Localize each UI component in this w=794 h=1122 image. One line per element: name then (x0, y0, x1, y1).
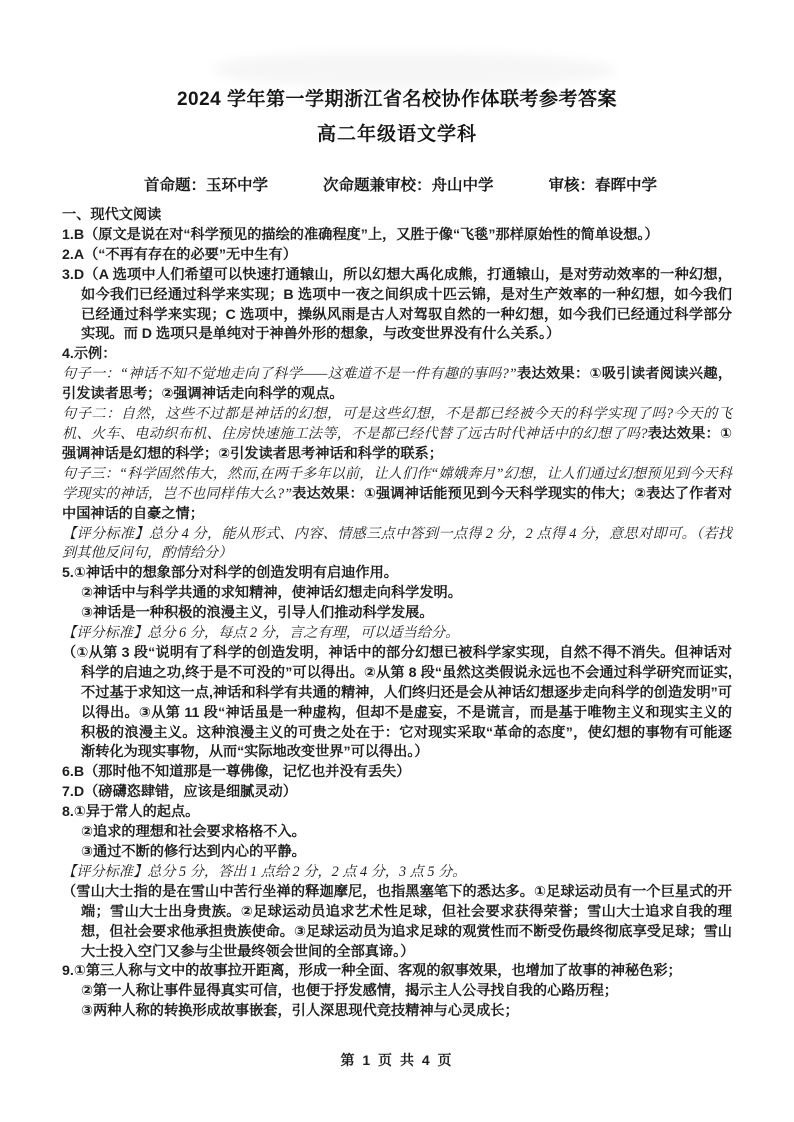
answer-lines: 一、现代文阅读1.B（原文是说在对“科学预见的描绘的准确程度”上，又胜于像“飞毯… (0, 206, 794, 1022)
text-segment: ②第一人称让事件显得真实可信，也便于抒发感情，揭示主人公寻找自我的心路历程； (81, 983, 618, 999)
page-number: 第 1 页 共 4 页 (0, 1050, 794, 1070)
answer-line: 7.D（磅礴恣肆错，应该是细腻灵动） (62, 783, 732, 803)
text-segment: 8.①异于常人的起点。 (62, 804, 199, 820)
answer-line: 句子一：“神话不知不觉地走向了科学——这难道不是一件有趣的事吗?”表达效果：①吸… (62, 365, 732, 405)
text-segment: 2.A（“不再有存在的必要”无中生有） (62, 247, 297, 263)
text-segment: 6.B（那时他不知道那是一尊佛像，记忆也并没有丢失） (62, 764, 410, 780)
answer-line: ②追求的理想和社会要求格格不入。 (62, 823, 732, 843)
text-segment: 【评分标准】总分 5 分，答出 1 点给 2 分，2 点 4 分，3 点 5 分… (62, 864, 466, 880)
document-subtitle: 高二年级语文学科 (0, 119, 794, 146)
text-segment: 【评分标准】总分 6 分，每点 2 分，言之有理，可以适当给分。 (62, 625, 459, 641)
reviewer-label: 审核：春晖中学 (548, 173, 657, 195)
answer-line: 【评分标准】总分 4 分，能从形式、内容、情感三点中答到一点得 2 分，2 点得… (62, 525, 732, 565)
text-segment: ②神话中与科学共通的求知精神，使神话幻想走向科学发明。 (81, 585, 462, 601)
text-segment: ③两种人称的转换形成故事嵌套，引人深思现代竞技精神与心灵成长； (81, 1003, 519, 1019)
answer-line: 9.①第三人称与文中的故事拉开距离，形成一种全面、客观的叙事效果，也增加了故事的… (62, 962, 732, 982)
answer-line: 【评分标准】总分 5 分，答出 1 点给 2 分，2 点 4 分，3 点 5 分… (62, 863, 732, 883)
committee-row: 首命题：玉环中学 次命题兼审校：舟山中学 审核：春晖中学 (0, 173, 794, 195)
text-segment: 9.①第三人称与文中的故事拉开距离，形成一种全面、客观的叙事效果，也增加了故事的… (62, 963, 682, 979)
text-segment: ②追求的理想和社会要求格格不入。 (81, 824, 306, 840)
answer-line: ③通过不断的修行达到内心的平静。 (62, 843, 732, 863)
answer-line: 3.D（A 选项中人们希望可以快速打通辕山，所以幻想大禹化成熊，打通辕山，是对劳… (62, 266, 732, 346)
answer-line: 句子二：自然，这些不过都是神话的幻想，可是这些幻想，不是都已经被今天的科学实现了… (62, 405, 732, 465)
answer-line: 【评分标准】总分 6 分，每点 2 分，言之有理，可以适当给分。 (62, 624, 732, 644)
first-proposer-label: 首命题：玉环中学 (144, 173, 268, 195)
text-segment: 7.D（磅礴恣肆错，应该是细腻灵动） (62, 784, 297, 800)
text-segment: 5.①神话中的想象部分对科学的创造发明有启迪作用。 (62, 565, 398, 581)
text-segment: 【评分标准】总分 4 分，能从形式、内容、情感三点中答到一点得 2 分，2 点得… (62, 526, 732, 562)
document-page: 2024 学年第一学期浙江省名校协作体联考参考答案 高二年级语文学科 首命题：玉… (0, 0, 794, 1122)
text-segment: ③神话是一种积极的浪漫主义，引导人们推动科学发展。 (81, 605, 434, 621)
answer-line: ③神话是一种积极的浪漫主义，引导人们推动科学发展。 (62, 604, 732, 624)
text-segment: （雪山大士指的是在雪山中苦行坐禅的释迦摩尼，也指黑塞笔下的悉达多。①足球运动员有… (62, 884, 732, 960)
text-segment: 句子二：自然，这些不过都是神话的幻想，可是这些幻想，不是都已经被今天的科学实现了… (62, 406, 732, 442)
answer-line: 1.B（原文是说在对“科学预见的描绘的准确程度”上，又胜于像“飞毯”那样原始性的… (62, 226, 732, 246)
answer-line: 句子三：“科学固然伟大，然而,在两千多年以前，让人们作“嫦娥奔月”幻想，让人们通… (62, 465, 732, 525)
second-proposer-reviewer-label: 次命题兼审校：舟山中学 (323, 173, 494, 195)
answer-line: ②神话中与科学共通的求知精神，使神话幻想走向科学发明。 (62, 584, 732, 604)
text-segment: （①从第 3 段“说明有了科学的创造发明，神话中的部分幻想已被科学家实现，自然不… (62, 645, 732, 761)
faint-watermark (215, 52, 615, 88)
answer-line: 5.①神话中的想象部分对科学的创造发明有启迪作用。 (62, 564, 732, 584)
text-segment: 4.示例： (62, 346, 116, 362)
answer-line: 4.示例： (62, 345, 732, 365)
text-segment: 1.B（原文是说在对“科学预见的描绘的准确程度”上，又胜于像“飞毯”那样原始性的… (62, 227, 659, 243)
answer-line: （雪山大士指的是在雪山中苦行坐禅的释迦摩尼，也指黑塞笔下的悉达多。①足球运动员有… (62, 883, 732, 963)
text-segment: 句子一：“神话不知不觉地走向了科学——这难道不是一件有趣的事吗?” (62, 366, 517, 382)
answer-line: 一、现代文阅读 (62, 206, 732, 226)
answer-line: 8.①异于常人的起点。 (62, 803, 732, 823)
answer-line: 6.B（那时他不知道那是一尊佛像，记忆也并没有丢失） (62, 763, 732, 783)
text-segment: 一、现代文阅读 (62, 207, 161, 223)
text-segment: ③通过不断的修行达到内心的平静。 (81, 844, 306, 860)
answer-line: ②第一人称让事件显得真实可信，也便于抒发感情，揭示主人公寻找自我的心路历程； (62, 982, 732, 1002)
answer-line: （①从第 3 段“说明有了科学的创造发明，神话中的部分幻想已被科学家实现，自然不… (62, 644, 732, 763)
text-segment: 3.D（A 选项中人们希望可以快速打通辕山，所以幻想大禹化成熊，打通辕山，是对劳… (62, 267, 732, 343)
answer-line: ③两种人称的转换形成故事嵌套，引人深思现代竞技精神与心灵成长； (62, 1002, 732, 1022)
document-title: 2024 学年第一学期浙江省名校协作体联考参考答案 (0, 84, 794, 111)
answer-line: 2.A（“不再有存在的必要”无中生有） (62, 246, 732, 266)
